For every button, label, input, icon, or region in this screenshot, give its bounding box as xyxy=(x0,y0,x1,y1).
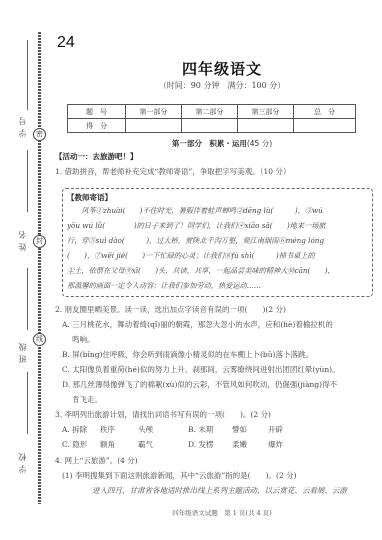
teacher-message-box: 【教师寄语】 风筝①zhuài( )不住时光，暑假伴着蛙声蝉鸣②dēng lù(… xyxy=(62,188,373,297)
score-part3-cell[interactable] xyxy=(238,119,294,133)
school-blank xyxy=(27,372,28,434)
header-part2: 第二部分 xyxy=(182,105,238,119)
q3-word: 譬如 xyxy=(232,425,268,435)
q3-word: 霸气 xyxy=(138,440,188,450)
q2-option-c[interactable]: C. 太阳像负着重荷(hé)似的努力上升，刹那间，云雾缭绕间迸射出团团红晕(yù… xyxy=(62,365,340,375)
header-total: 总 分 xyxy=(294,105,356,119)
q3-word: 头颅 xyxy=(138,425,188,435)
score-row-label: 得 分 xyxy=(68,119,126,133)
q4-sub1-prompt: (1) 李明搜集到下面这则旅游新闻，其中“云旅游”指的是( )。(2 分) xyxy=(62,471,297,481)
q3-option-row-ab: A. 拆除秩序头颅B. 末期譬如开辟 xyxy=(62,425,283,435)
score-total-cell[interactable] xyxy=(294,119,356,133)
q3-option-c[interactable]: C. 隐形 xyxy=(62,440,100,450)
score-part2-cell[interactable] xyxy=(182,119,238,133)
activity1-heading: 【活动一：去旅游吧！】 xyxy=(55,152,138,162)
exam-duration-and-score: （时间：90 分钟 满分：100 分） xyxy=(0,80,382,91)
teacher-message-line: 尘土，依偎在父母⑨xī( )头，共读，共享，一起品尝美味的精神大⑩cān( )， xyxy=(67,266,335,276)
page-title: 四年级语文 xyxy=(0,58,382,79)
q2-option-d[interactable]: D. 那几丝薄得像弹飞了的棉絮(xù)似的云彩，不管风如何吹动，仍倔强(jiàn… xyxy=(62,380,337,390)
name-blank xyxy=(27,150,28,212)
teacher-message-line: yōu wú lǜ( )的日子来到了！同学们，让我们④xiāo sǎ( )地来一… xyxy=(67,221,326,231)
q4-prompt: 4. 网上“云旅游”。(4 分) xyxy=(55,456,138,466)
q3-word: 秩序 xyxy=(100,425,138,435)
exam-number: 24 xyxy=(57,34,75,52)
q3-option-a[interactable]: A. 拆除 xyxy=(62,425,100,435)
score-table-header-row: 题 号 第一部分 第二部分 第三部分 总 分 xyxy=(68,105,356,119)
class-blank xyxy=(27,268,28,330)
q4-news-text: 进入四月，甘肃省各地适时推出线上系列主题活动，以云赏花、云看展、云游 xyxy=(92,486,347,496)
q3-word: 额角 xyxy=(100,440,138,450)
class-label: 班级 xyxy=(18,334,30,368)
q3-word: 柔嫩 xyxy=(232,440,268,450)
score-table-score-row: 得 分 xyxy=(68,119,356,133)
part1-heading: 第一部分 积累・运用(45 分) xyxy=(62,138,382,149)
q3-option-row-cd: C. 隐形额角霸气D. 发楞柔嫩爆炸 xyxy=(62,440,283,450)
q3-word: 开辟 xyxy=(268,425,283,434)
header-item-number: 题 号 xyxy=(68,105,126,119)
q3-word: 爆炸 xyxy=(268,440,283,449)
seal-mi-icon: 密 xyxy=(33,128,46,141)
teacher-message-line: ( )，⑦wēi jiè( )一下忙碌的心灵；让我们⑧fú shì( )掉书桌上… xyxy=(67,251,315,261)
school-label: 学校 xyxy=(18,444,30,478)
q2-option-d-cont: 肯飞走。 xyxy=(72,395,102,405)
score-table: 题 号 第一部分 第二部分 第三部分 总 分 得 分 xyxy=(67,104,356,133)
teacher-message-title: 【教师寄语】 xyxy=(67,192,112,203)
part1-points: (45 分) xyxy=(247,139,272,148)
header-part3: 第三部分 xyxy=(238,105,294,119)
score-part1-cell[interactable] xyxy=(126,119,182,133)
part1-title: 第一部分 积累・运用 xyxy=(172,139,247,148)
teacher-message-line: 那温馨的画面一定令人动容；让我们参加劳动，热爱运动…… xyxy=(67,281,261,291)
q2-option-a-cont: 鸣响。 xyxy=(72,335,95,345)
header-part1: 第一部分 xyxy=(126,105,182,119)
q2-option-b[interactable]: B. 屏(bǐng)住呼吸，你会听到雨滴像小精灵似的在车棚上卜(bǔ)落卜落跳。 xyxy=(62,350,313,360)
teacher-message-line: 行，穿⑤suì dào( )，过大桥，赏陕北千沟万壑，观江南烟雨⑥méng ló… xyxy=(67,236,324,246)
q3-option-b[interactable]: B. 末期 xyxy=(188,425,232,435)
q2-prompt: 2. 朋友圈里晒美景。读一读，选出加点字读音有误的一项( )(2 分) xyxy=(55,305,286,315)
teacher-message-line: 风筝①zhuài( )不住时光，暑假伴着蛙声蝉鸣②dēng lù( )，③wú xyxy=(67,206,323,216)
seal-xian-icon: 线 xyxy=(33,333,46,346)
q3-option-d[interactable]: D. 发楞 xyxy=(188,440,232,450)
q1-prompt: 1. 借助拼音，帮老师补充完成“教师寄语”，争取把字写美观。（10 分） xyxy=(55,167,290,177)
q2-option-a[interactable]: A. 三月桃花水，舞动着绮(qǐ)丽的朝霞，那忽大忽小的水声，应和(hè)着榆拉… xyxy=(62,320,333,330)
page-footer: 四年级语文试题 第 1 页(共 4 页) xyxy=(62,508,382,517)
seal-feng-icon: 封 xyxy=(33,235,46,248)
q3-prompt: 3. 李明列出旅游计划，请找出词语书写有误的一项( )。(2 分) xyxy=(55,410,271,420)
name-label: 姓名 xyxy=(18,222,30,256)
student-id-label: 学号 xyxy=(18,108,30,142)
binding-dotted-line xyxy=(38,32,41,504)
